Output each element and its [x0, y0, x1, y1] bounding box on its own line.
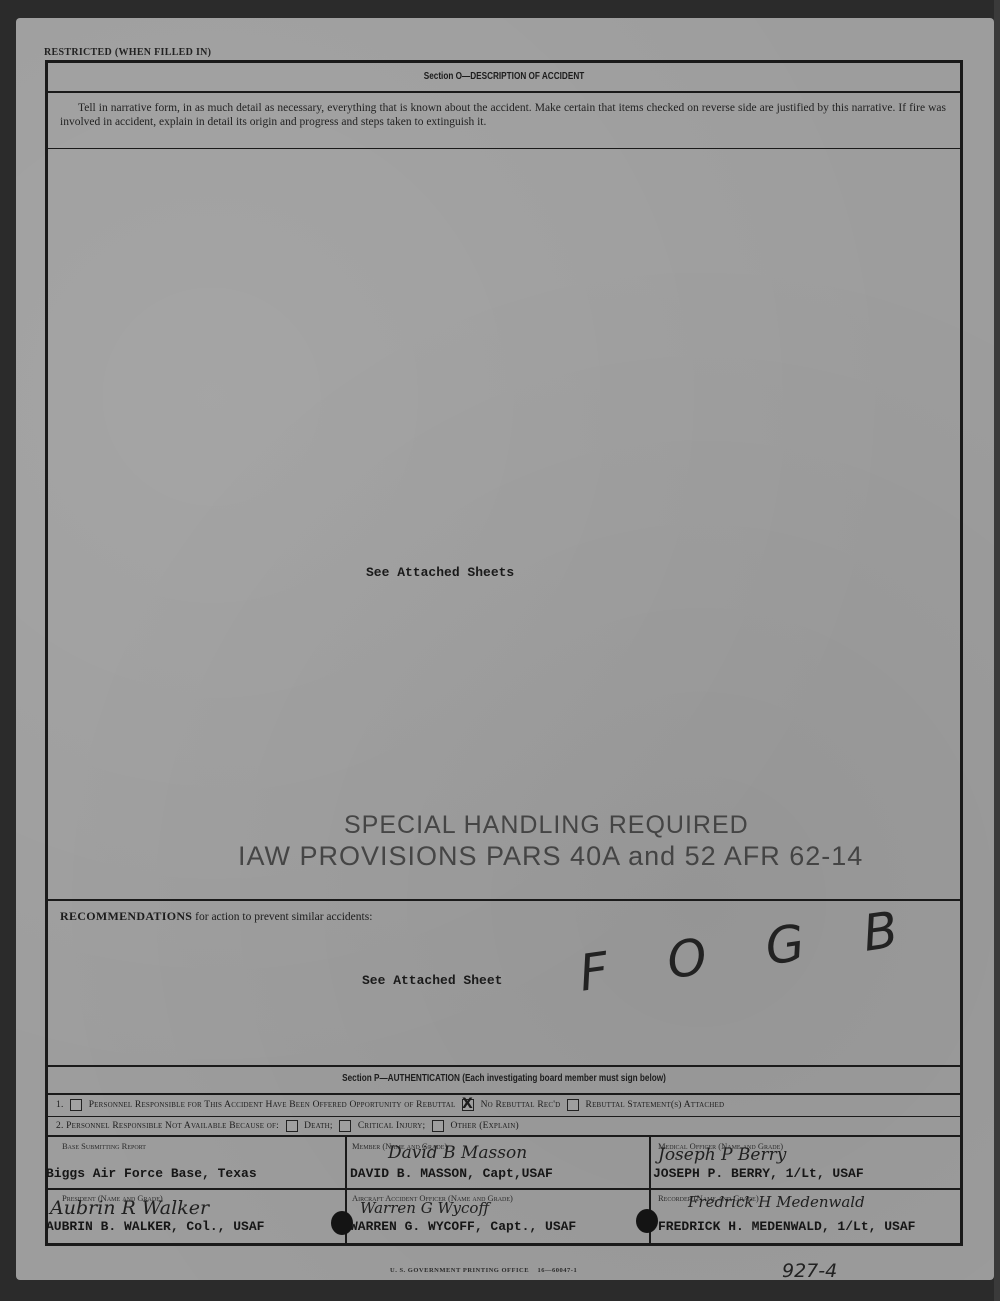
divider	[48, 91, 960, 93]
special-handling-stamp-line2: IAW PROVISIONS PARS 40A and 52 AFR 62-14	[238, 841, 863, 872]
aircraft-accident-officer-value: WARREN G. WYCOFF, Capt., USAF	[350, 1219, 576, 1234]
divider	[48, 1188, 960, 1190]
recommendations-text: See Attached Sheet	[362, 973, 502, 988]
divider	[48, 1116, 960, 1117]
other-checkbox[interactable]	[432, 1120, 444, 1132]
aircraft-accident-officer-signature: Warren G Wycoff	[360, 1199, 489, 1217]
restricted-label: RESTRICTED (WHEN FILLED IN)	[44, 47, 211, 58]
section-p-title: Section P—AUTHENTICATION (Each investiga…	[130, 1073, 878, 1084]
recorder-signature: Fredrick H Medenwald	[688, 1193, 865, 1211]
section-o-title: Section O—DESCRIPTION OF ACCIDENT	[130, 71, 878, 82]
rebuttal-offered-checkbox[interactable]	[70, 1099, 82, 1111]
member-value: DAVID B. MASSON, Capt,USAF	[350, 1166, 553, 1181]
medical-officer-signature: Joseph P Berry	[658, 1145, 786, 1165]
rebuttal-row: 1. Personnel Responsible for This Accide…	[56, 1099, 724, 1111]
handwritten-mark: F O G B	[576, 897, 924, 1002]
divider	[48, 1093, 960, 1095]
ink-blot	[636, 1209, 658, 1233]
president-signature: Aubrin R Walker	[50, 1197, 209, 1219]
printer-credit: U. S. GOVERNMENT PRINTING OFFICE 16—6004…	[390, 1267, 577, 1274]
divider	[48, 148, 960, 149]
divider	[48, 1065, 960, 1067]
scan-edge	[994, 0, 1000, 1301]
recorder-value: FREDRICK H. MEDENWALD, 1/Lt, USAF	[658, 1219, 915, 1234]
divider	[48, 1135, 960, 1137]
president-value: AUBRIN B. WALKER, Col., USAF	[46, 1219, 264, 1234]
section-o-instructions: Tell in narrative form, in as much detai…	[60, 101, 946, 129]
no-rebuttal-checkbox[interactable]	[462, 1099, 474, 1111]
special-handling-stamp-line1: SPECIAL HANDLING REQUIRED	[344, 811, 749, 840]
not-available-row: 2. Personnel Responsible Not Available B…	[56, 1120, 519, 1132]
divider	[48, 899, 960, 901]
death-checkbox[interactable]	[286, 1120, 298, 1132]
accident-report-form: Section O—DESCRIPTION OF ACCIDENT Tell i…	[45, 60, 963, 1246]
recommendations-label: RECOMMENDATIONS for action to prevent si…	[60, 909, 372, 924]
member-signature: David B Masson	[388, 1143, 527, 1163]
base-label: Base Submitting Report	[62, 1141, 146, 1151]
rebuttal-attached-checkbox[interactable]	[567, 1099, 579, 1111]
critical-injury-checkbox[interactable]	[339, 1120, 351, 1132]
narrative-text: See Attached Sheets	[366, 565, 514, 580]
ink-blot	[331, 1211, 353, 1235]
medical-officer-value: JOSEPH P. BERRY, 1/Lt, USAF	[653, 1166, 864, 1181]
base-value: Biggs Air Force Base, Texas	[46, 1166, 257, 1181]
page-number: 927-4	[782, 1260, 837, 1282]
